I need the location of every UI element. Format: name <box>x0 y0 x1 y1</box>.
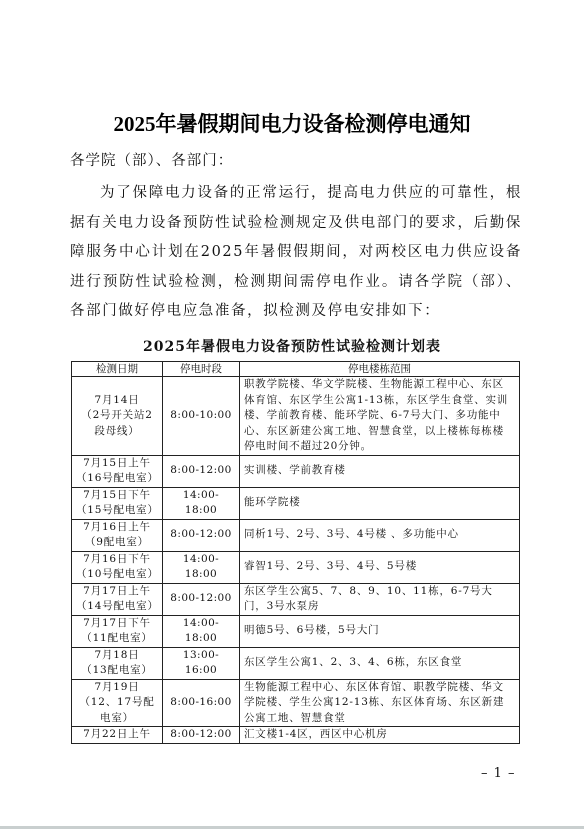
document-title: 2025年暑假期间电力设备检测停电通知 <box>0 111 584 137</box>
table-row: 7月14日（2号开关站2段母线） 8:00-10:00 职教学院楼、华文学院楼、… <box>72 377 520 456</box>
cell-time: 8:00-12:00 <box>163 727 240 744</box>
room-text: （2号开关站2段母线） <box>81 409 152 437</box>
date-text: 7月15日上午 <box>83 457 151 469</box>
cell-date: 7月17日上午（14号配电室） <box>72 583 163 615</box>
cell-time: 8:00-12:00 <box>163 519 240 551</box>
date-text: 7月17日下午 <box>83 617 151 629</box>
date-text: 7月17日上午 <box>83 585 151 597</box>
cell-date: 7月19日（12、17号配电室） <box>72 679 163 727</box>
date-text: 7月14日 <box>94 394 139 406</box>
cell-date: 7月15日上午（16号配电室） <box>72 455 163 487</box>
date-text: 7月18日 <box>94 649 139 661</box>
table-header-row: 检测日期 停电时段 停电楼栋范围 <box>72 362 520 377</box>
cell-scope: 汇文楼1-4区，西区中心机房 <box>240 727 520 744</box>
cell-scope: 实训楼、学前教育楼 <box>240 455 520 487</box>
table-row: 7月17日下午（11配电室） 14:00-18:00 明德5号、6号楼，5号大门 <box>72 615 520 647</box>
room-text: （11配电室） <box>81 632 152 644</box>
document-page: 2025年暑假期间电力设备检测停电通知 各学院（部）、各部门： 为了保障电力设备… <box>0 0 584 826</box>
date-text: 7月16日下午 <box>83 553 151 565</box>
date-text: 7月16日上午 <box>83 521 151 533</box>
room-text: （10号配电室） <box>76 568 159 580</box>
inspection-schedule-table: 检测日期 停电时段 停电楼栋范围 7月14日（2号开关站2段母线） 8:00-1… <box>71 361 520 744</box>
room-text: （14号配电室） <box>76 600 159 612</box>
cell-time: 8:00-10:00 <box>163 377 240 456</box>
room-text: （12、17号配电室） <box>79 696 154 724</box>
room-text: （9配电室） <box>85 536 149 548</box>
cell-date: 7月18日（13配电室） <box>72 647 163 679</box>
room-text: （13配电室） <box>81 664 152 676</box>
cell-time: 13:00-16:00 <box>163 647 240 679</box>
table-title: 2025年暑假电力设备预防性试验检测计划表 <box>0 337 584 357</box>
cell-date: 7月16日上午（9配电室） <box>72 519 163 551</box>
cell-time: 8:00-16:00 <box>163 679 240 727</box>
date-text: 7月19日 <box>94 681 139 693</box>
room-text: （15号配电室） <box>76 504 159 516</box>
table-row: 7月16日上午（9配电室） 8:00-12:00 同析1号、2号、3号、4号楼 … <box>72 519 520 551</box>
table-row: 7月22日上午 8:00-12:00 汇文楼1-4区，西区中心机房 <box>72 727 520 744</box>
date-text: 7月15日下午 <box>83 489 151 501</box>
cell-scope: 同析1号、2号、3号、4号楼 、多功能中心 <box>240 519 520 551</box>
header-date: 检测日期 <box>72 362 163 377</box>
cell-time: 8:00-12:00 <box>163 455 240 487</box>
cell-scope: 职教学院楼、华文学院楼、生物能源工程中心、东区体育馆、东区学生公寓1-13栋，东… <box>240 377 520 456</box>
cell-date: 7月15日下午（15号配电室） <box>72 487 163 519</box>
cell-scope: 明德5号、6号楼，5号大门 <box>240 615 520 647</box>
table-row: 7月17日上午（14号配电室） 8:00-12:00 东区学生公寓5、7、8、9… <box>72 583 520 615</box>
cell-time: 14:00-18:00 <box>163 615 240 647</box>
cell-scope: 能环学院楼 <box>240 487 520 519</box>
table-row: 7月18日（13配电室） 13:00-16:00 东区学生公寓1、2、3、4、6… <box>72 647 520 679</box>
room-text: （16号配电室） <box>76 472 159 484</box>
table-row: 7月16日下午（10号配电室） 14:00-18:00 睿智1号、2号、3号、4… <box>72 551 520 583</box>
header-scope: 停电楼栋范围 <box>240 362 520 377</box>
cell-date: 7月16日下午（10号配电室） <box>72 551 163 583</box>
cell-time: 14:00-18:00 <box>163 487 240 519</box>
table-row: 7月15日下午（15号配电室） 14:00-18:00 能环学院楼 <box>72 487 520 519</box>
table-row: 7月15日上午（16号配电室） 8:00-12:00 实训楼、学前教育楼 <box>72 455 520 487</box>
page-number: – 1 – <box>481 766 516 781</box>
salutation: 各学院（部）、各部门： <box>70 151 233 171</box>
cell-time: 8:00-12:00 <box>163 583 240 615</box>
body-paragraph: 为了保障电力设备的正常运行，提高电力供应的可靠性，根据有关电力设备预防性试验检测… <box>70 179 522 327</box>
cell-date: 7月22日上午 <box>72 727 163 744</box>
cell-time: 14:00-18:00 <box>163 551 240 583</box>
cell-date: 7月17日下午（11配电室） <box>72 615 163 647</box>
cell-scope: 东区学生公寓1、2、3、4、6栋，东区食堂 <box>240 647 520 679</box>
cell-date: 7月14日（2号开关站2段母线） <box>72 377 163 456</box>
cell-scope: 东区学生公寓5、7、8、9、10、11栋，6-7号大门，3号水泵房 <box>240 583 520 615</box>
cell-scope: 睿智1号、2号、3号、4号、5号楼 <box>240 551 520 583</box>
cell-scope: 生物能源工程中心、东区体育馆、职教学院楼、华文学院楼、学生公寓12-13栋、东区… <box>240 679 520 727</box>
table-row: 7月19日（12、17号配电室） 8:00-16:00 生物能源工程中心、东区体… <box>72 679 520 727</box>
header-time: 停电时段 <box>163 362 240 377</box>
